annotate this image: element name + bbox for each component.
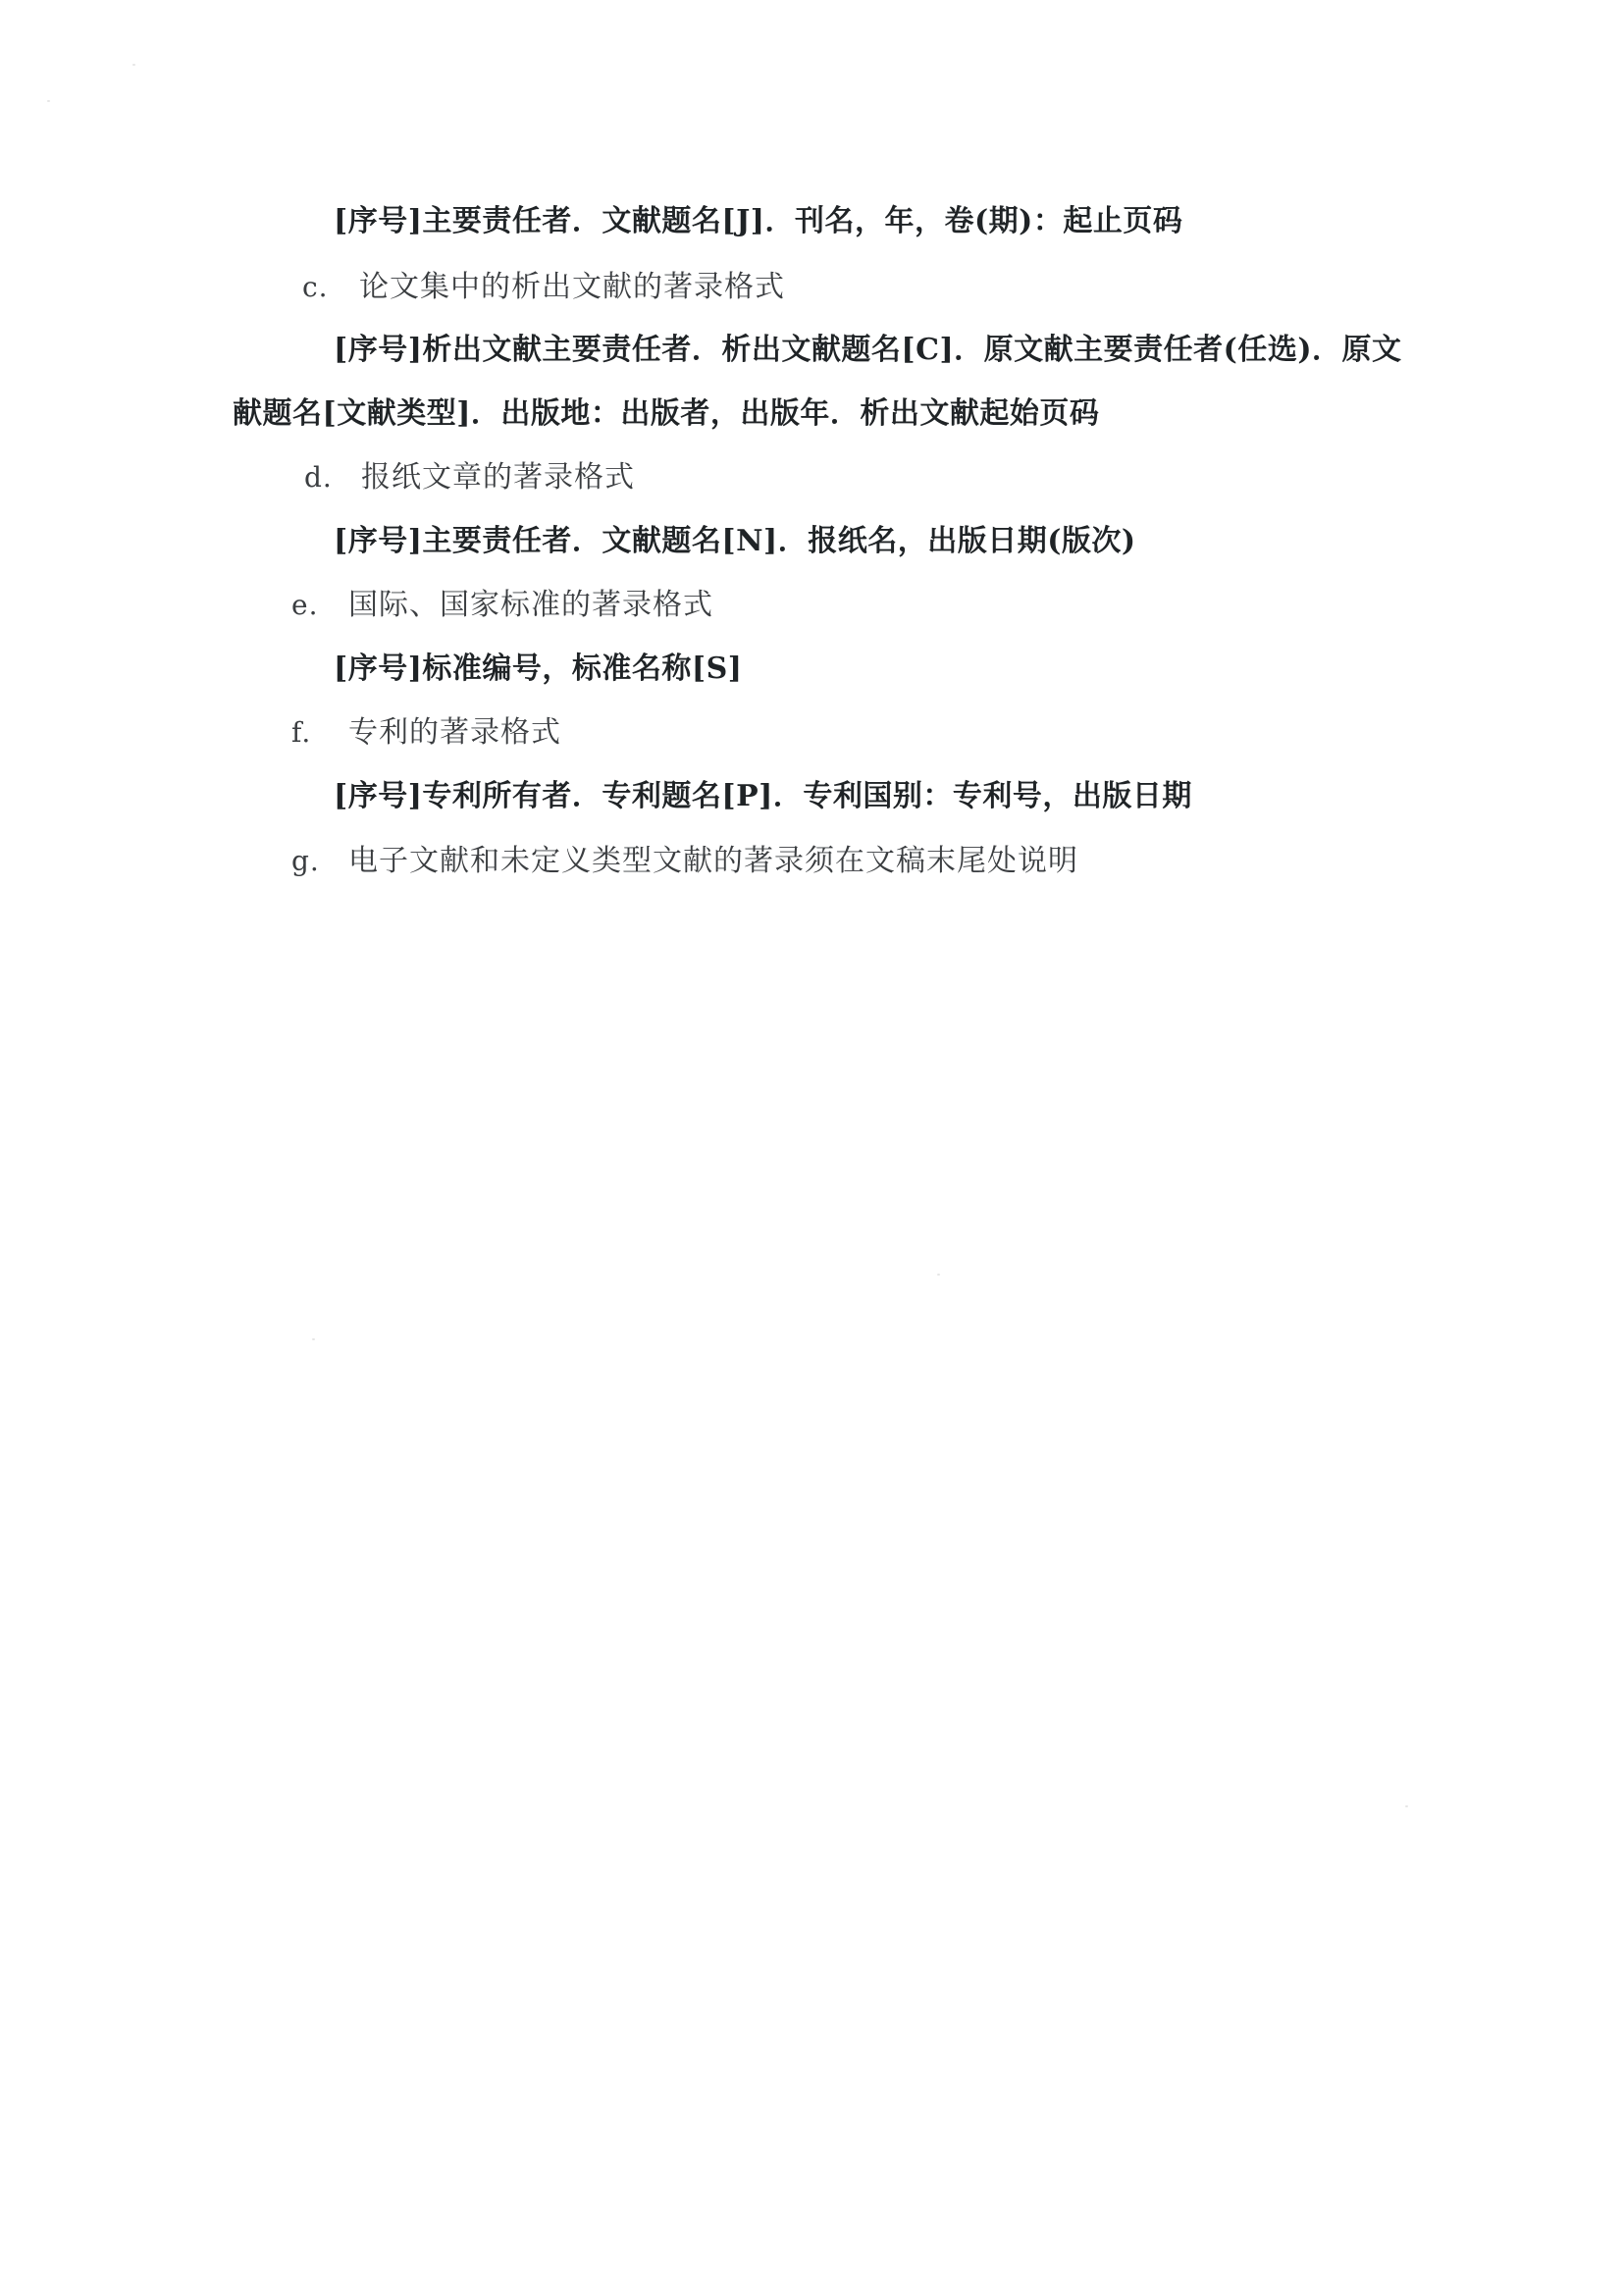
scan-speck <box>937 1274 940 1276</box>
standards-format-line: [序号]标准编号，标准名称[S] <box>334 650 742 689</box>
list-marker-g: g. <box>291 842 348 881</box>
heading-e-standards: e.国际、国家标准的著录格式 <box>291 586 713 625</box>
list-marker-c: c. <box>302 268 359 307</box>
list-marker-d: d. <box>304 458 361 497</box>
heading-text: 论文集中的析出文献的著录格式 <box>359 270 785 304</box>
scan-speck <box>47 100 50 102</box>
heading-text: 国际、国家标准的著录格式 <box>348 588 713 622</box>
heading-text: 电子文献和未定义类型文献的著录须在文稿末尾处说明 <box>348 844 1078 878</box>
scan-speck <box>1405 1805 1408 1807</box>
proceedings-format-line-2: 献题名[文献类型]．出版地：出版者，出版年．析出文献起始页码 <box>233 394 1099 434</box>
heading-c-proceedings: c.论文集中的析出文献的著录格式 <box>302 268 785 307</box>
heading-g-electronic: g.电子文献和未定义类型文献的著录须在文稿末尾处说明 <box>291 842 1078 881</box>
heading-f-patent: f.专利的著录格式 <box>291 713 561 753</box>
list-marker-e: e. <box>291 586 348 625</box>
heading-text: 专利的著录格式 <box>348 715 561 750</box>
scan-speck <box>132 64 135 66</box>
proceedings-format-line-1: [序号]析出文献主要责任者．析出文献题名[C]．原文献主要责任者(任选)．原文 <box>334 331 1402 370</box>
scan-speck <box>312 1338 315 1340</box>
newspaper-format-line: [序号]主要责任者．文献题名[N]．报纸名，出版日期(版次) <box>334 522 1136 561</box>
heading-text: 报纸文章的著录格式 <box>361 460 635 495</box>
heading-d-newspaper: d.报纸文章的著录格式 <box>304 458 635 497</box>
patent-format-line: [序号]专利所有者．专利题名[P]．专利国别：专利号，出版日期 <box>334 777 1192 816</box>
journal-format-line: [序号]主要责任者．文献题名[J]．刊名，年，卷(期)：起止页码 <box>334 202 1182 241</box>
list-marker-f: f. <box>291 713 348 753</box>
